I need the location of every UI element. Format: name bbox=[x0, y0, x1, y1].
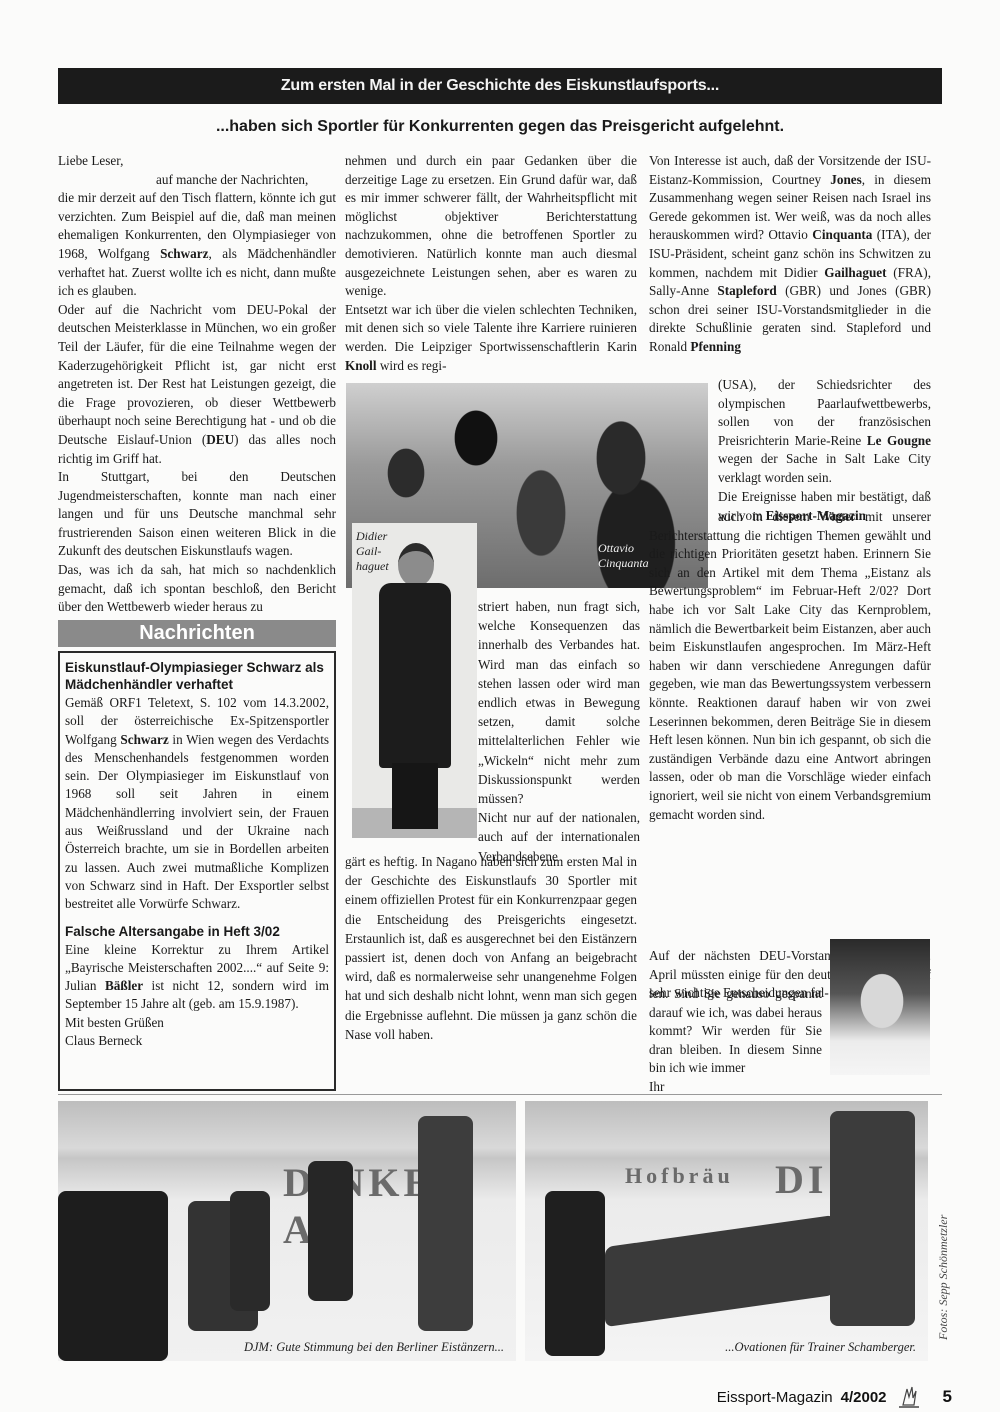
header-banner: Zum ersten Mal in der Geschichte des Eis… bbox=[58, 68, 942, 104]
col2-wrap-text: striert haben, nun fragt sich, welche Ko… bbox=[478, 597, 640, 866]
news-item-2-headline: Falsche Altersangabe in Heft 3/02 bbox=[65, 923, 329, 940]
col3-paragraph-3b: len. Sind Sie genauso gespannt darauf wi… bbox=[649, 985, 822, 1119]
news-box: Eiskunstlauf-Olympiasieger Schwarz als M… bbox=[58, 651, 336, 1091]
article-subtitle: ...haben sich Sportler für Konkurrenten … bbox=[58, 118, 942, 136]
issue-number: 4/2002 bbox=[841, 1389, 887, 1406]
photo-djm-dancers: DINKEL AC DJM: Gute Stimmung bei den Ber… bbox=[58, 1101, 516, 1361]
photo-gailhaguet: Didier Gail- haguet bbox=[352, 523, 477, 838]
paragraph-3: In Stuttgart, bei den Deutschen Jugendme… bbox=[58, 468, 336, 561]
salutation: Liebe Leser, bbox=[58, 152, 336, 171]
caption-djm: DJM: Gute Stimmung bei den Berliner Eist… bbox=[244, 1340, 504, 1355]
col2-bottom-text: gärt es heftig. In Nagano haben sich zum… bbox=[345, 852, 637, 1044]
col2-paragraph-4b: gärt es heftig. In Nagano haben sich zum… bbox=[345, 852, 637, 1044]
photo-ovation: DI Hofbräu ...Ovationen für Trainer Scha… bbox=[525, 1101, 928, 1361]
col2-paragraph-3: striert haben, nun fragt sich, welche Ko… bbox=[478, 597, 640, 808]
col3-paragraph-1b: (USA), der Schiedsrichter des olympische… bbox=[718, 376, 931, 488]
banner-title: Zum ersten Mal in der Geschichte des Eis… bbox=[281, 77, 719, 95]
col3-wrap-text: (USA), der Schiedsrichter des olympische… bbox=[718, 376, 931, 488]
article-column-2: nehmen und durch ein paar Gedanken über … bbox=[345, 152, 637, 375]
news-item-2-text: Eine kleine Korrektur zu Ihrem Artikel „… bbox=[65, 941, 329, 1014]
caption-cinquanta: Ottavio Cinquanta bbox=[598, 541, 649, 571]
page-footer: Eissport-Magazin 4/2002 5 bbox=[717, 1383, 952, 1411]
article-column-1: Liebe Leser, auf manche der Nachrichten,… bbox=[58, 152, 336, 617]
col2-paragraph-2: Entsetzt war ich über die vielen schlech… bbox=[345, 301, 637, 375]
paragraph-1: die mir derzeit auf den Tisch flattern, … bbox=[58, 189, 336, 301]
news-item-1-headline: Eiskunstlauf-Olympiasieger Schwarz als M… bbox=[65, 659, 329, 693]
col3-paragraph-1a: Von Interesse ist auch, daß der Vorsitze… bbox=[649, 152, 931, 357]
col3-paragraph-2-body: auch in diesem Winter mit unserer Berich… bbox=[649, 508, 931, 824]
paragraph-4: Das, was ich da sah, hat mich so nachden… bbox=[58, 561, 336, 617]
skater-logo-icon bbox=[895, 1383, 923, 1411]
photo-author-portrait bbox=[830, 939, 930, 1075]
news-item-2-closing: Mit besten Grüßen bbox=[65, 1014, 329, 1032]
paragraph-2: Oder auf die Nachricht vom DEU-Pokal der… bbox=[58, 301, 336, 468]
caption-ovation: ...Ovationen für Trainer Schamberger. bbox=[725, 1340, 916, 1355]
caption-gailhaguet: Didier Gail- haguet bbox=[356, 529, 389, 574]
news-section-header: Nachrichten bbox=[58, 620, 336, 647]
news-item-2-signature: Claus Berneck bbox=[65, 1032, 329, 1050]
news-item-1-text: Gemäß ORF1 Teletext, S. 102 vom 14.3.200… bbox=[65, 694, 329, 914]
article-column-3: Von Interesse ist auch, daß der Vorsitze… bbox=[649, 152, 931, 357]
paragraph-1-indent: auf manche der Nachrichten, bbox=[58, 171, 336, 190]
page-number: 5 bbox=[943, 1387, 952, 1407]
col2-paragraph-1: nehmen und durch ein paar Gedanken über … bbox=[345, 152, 637, 301]
photo-credit: Fotos: Sepp Schönmetzler bbox=[936, 1215, 951, 1340]
divider bbox=[58, 1094, 942, 1095]
magazine-name: Eissport-Magazin bbox=[717, 1389, 833, 1406]
